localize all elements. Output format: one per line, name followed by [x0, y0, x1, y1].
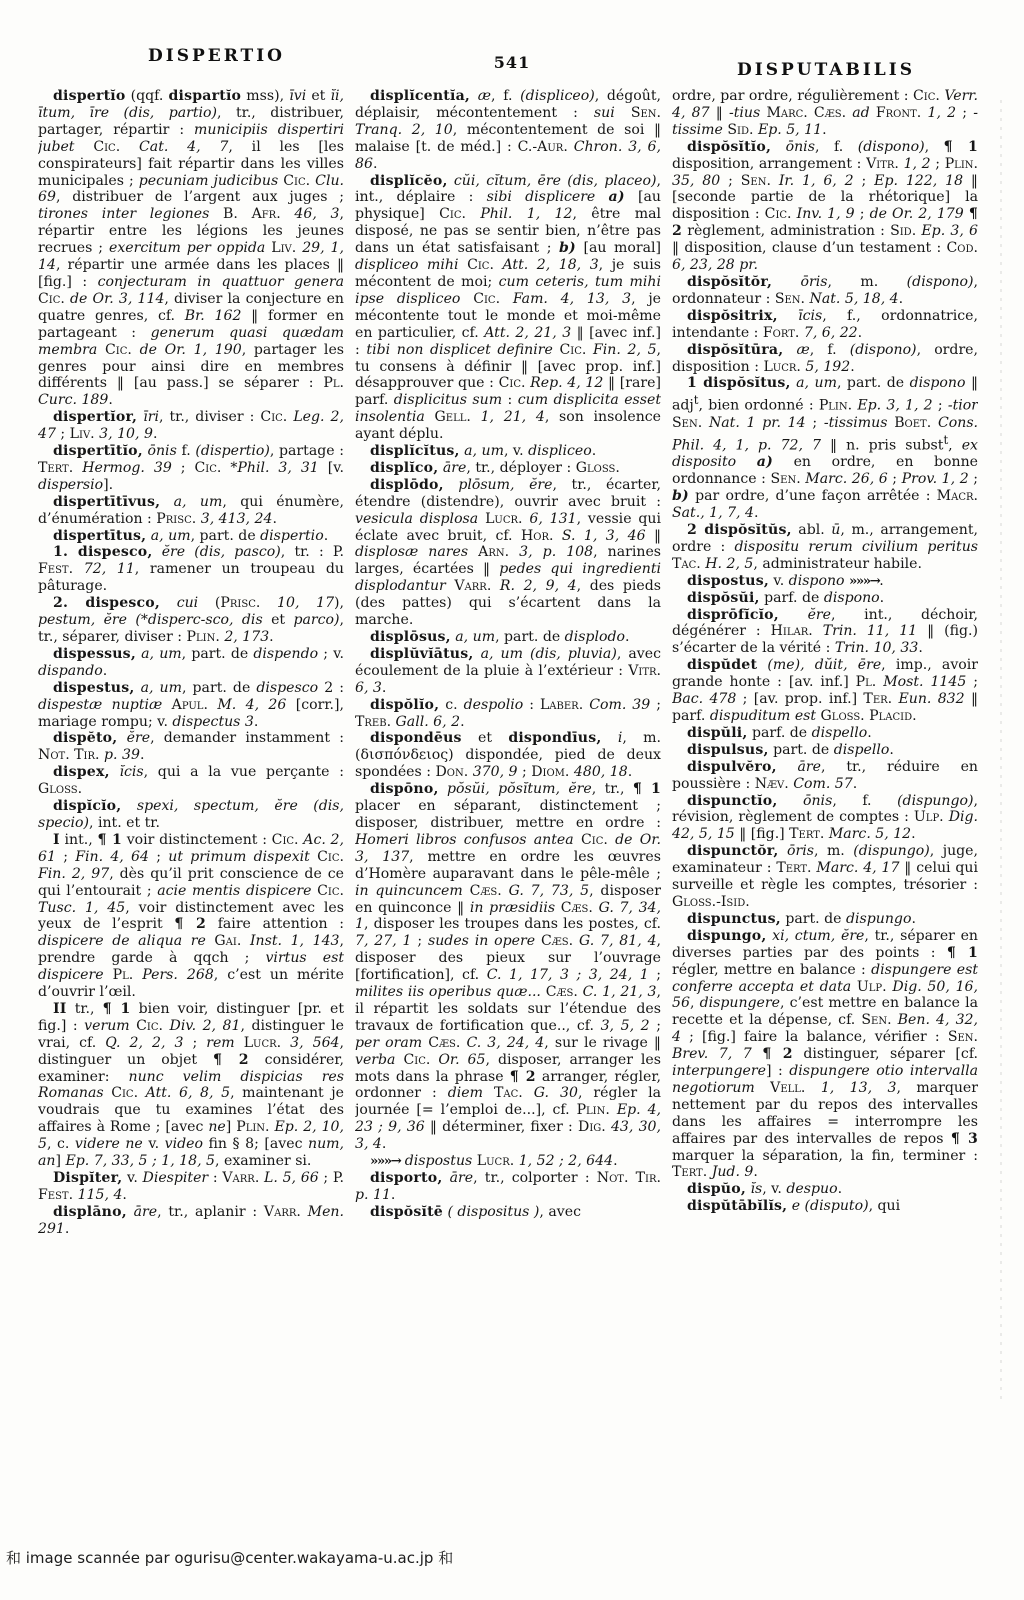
- entry-paragraph: dispŏsĭtē ( dispositus ), avec: [355, 1204, 661, 1221]
- entry-paragraph: dispunctus, part. de dispungo.: [672, 911, 978, 928]
- entry-paragraph: dispōno, pŏsŭi, pŏsĭtum, ĕre, tr., ¶ 1 p…: [355, 781, 661, 1153]
- entry-paragraph: dispertītĭo, ōnis f. (dispertio), partag…: [38, 443, 344, 494]
- entry-paragraph: dispŏsĭtŏr, ōris, m. (dispono), ordonnat…: [672, 274, 978, 308]
- entry-paragraph: II tr., ¶ 1 bien voir, distinguer [pr. e…: [38, 1001, 344, 1170]
- entry-paragraph: »»»→ dispostus Lucr. 1, 52 ; 2, 644.: [355, 1153, 661, 1170]
- entry-paragraph: 2 dispŏsĭtŭs, abl. ū, m., arrangement, o…: [672, 522, 978, 573]
- entry-paragraph: dispertītīvus, a, um, qui énumère, d’énu…: [38, 494, 344, 528]
- entry-paragraph: dispĕto, ĕre, demander instamment : Not.…: [38, 730, 344, 764]
- running-head-right: DISPUTABILIS: [737, 60, 915, 80]
- entry-paragraph: 1. dispesco, ĕre (dis, pasco), tr. : P. …: [38, 544, 344, 595]
- entry-paragraph: dispŏsitrix, īcis, f., ordonnatrice, int…: [672, 308, 978, 342]
- entry-paragraph: displŭvĭātus, a, um (dis, pluvia), avec …: [355, 646, 661, 697]
- entry-paragraph: dispulsus, part. de dispello.: [672, 742, 978, 759]
- entry-paragraph: 1 dispŏsĭtus, a, um, part. de dispono ‖ …: [672, 375, 978, 522]
- entry-paragraph: displĭco, āre, tr., déployer : Gloss.: [355, 460, 661, 477]
- dictionary-page: DISPERTIO 541 DISPUTABILIS dispertĭo (qq…: [0, 0, 1024, 1600]
- column-left: dispertĭo (qqf. dispartĭo mss), īvi et ĭ…: [38, 88, 344, 1530]
- entry-paragraph: dispessus, a, um, part. de dispendo ; v.…: [38, 646, 344, 680]
- entry-paragraph: dispostus, v. dispono »»»→.: [672, 573, 978, 590]
- entry-paragraph: displōdo, plōsum, ĕre, tr., écarter, éte…: [355, 477, 661, 629]
- entry-paragraph: displāno, āre, tr., aplanir : Varr. Men.…: [38, 1204, 344, 1238]
- entry-paragraph: dispertĭor, īri, tr., diviser : Cic. Leg…: [38, 409, 344, 443]
- entry-paragraph: dispŭo, ĭs, v. despuo.: [672, 1181, 978, 1198]
- entry-paragraph: dispunctĭo, ōnis, f. (dispungo), révisio…: [672, 793, 978, 844]
- text-columns: dispertĭo (qqf. dispartĭo mss), īvi et ĭ…: [38, 88, 978, 1530]
- entry-paragraph: dispertītus, a, um, part. de dispertio.: [38, 528, 344, 545]
- entry-paragraph: dispertĭo (qqf. dispartĭo mss), īvi et ĭ…: [38, 88, 344, 409]
- entry-paragraph: dispestus, a, um, part. de dispesco 2 : …: [38, 680, 344, 731]
- scan-edge-artifact: [1000, 100, 1002, 1400]
- entry-paragraph: dispex, ĭcis, qui a la vue perçante : Gl…: [38, 764, 344, 798]
- entry-paragraph: dispŭli, parf. de dispello.: [672, 725, 978, 742]
- entry-paragraph: disporto, āre, tr., colporter : Not. Tir…: [355, 1170, 661, 1204]
- entry-paragraph: displĭcĭtus, a, um, v. displiceo.: [355, 443, 661, 460]
- entry-paragraph: dispŏsĭtĭo, ōnis, f. (dispono), ¶ 1 disp…: [672, 139, 978, 274]
- entry-paragraph: displĭcĕo, cŭi, cĭtum, ēre (dis, placeo)…: [355, 173, 661, 444]
- entry-paragraph: dispulvĕro, āre, tr., réduire en poussiè…: [672, 759, 978, 793]
- entry-paragraph: dispŭtābĭlĭs, e (disputo), qui: [672, 1198, 978, 1215]
- entry-paragraph: dispŏsĭtūra, æ, f. (dispono), ordre, dis…: [672, 342, 978, 376]
- entry-paragraph: disprōfĭcĭo, ĕre, int., déchoir, dégénér…: [672, 607, 978, 658]
- scan-watermark: 和 image scannée par ogurisu@center.wakay…: [6, 1547, 453, 1568]
- column-right: ordre, par ordre, régulièrement : Cic. V…: [672, 88, 978, 1530]
- entry-paragraph: dispĭcĭo, spexi, spectum, ĕre (dis, spec…: [38, 798, 344, 832]
- watermark-text: 和 image scannée par ogurisu@center.wakay…: [6, 1549, 453, 1567]
- entry-paragraph: I int., ¶ 1 voir distinctement : Cic. Ac…: [38, 832, 344, 1001]
- entry-paragraph: dispŏlĭo, c. despolio : Laber. Com. 39 ;…: [355, 697, 661, 731]
- entry-paragraph: dispŭdet (me), dŭit, ēre, imp., avoir gr…: [672, 657, 978, 725]
- entry-paragraph: 2. dispesco, cui (Prisc. 10, 17), pestum…: [38, 595, 344, 646]
- entry-paragraph: displōsus, a, um, part. de displodo.: [355, 629, 661, 646]
- remark-arrow-icon: »»»→: [849, 573, 879, 589]
- entry-paragraph: dispondēus et dispondīus, i, m. (δισπόνδ…: [355, 730, 661, 781]
- entry-paragraph: Dispĭter, v. Diespiter : Varr. L. 5, 66 …: [38, 1170, 344, 1204]
- entry-paragraph: dispungo, xi, ctum, ĕre, tr., séparer en…: [672, 928, 978, 1182]
- remark-arrow-icon: »»»→: [370, 1153, 400, 1169]
- entry-paragraph: dispŏsŭi, parf. de dispono.: [672, 590, 978, 607]
- entry-paragraph: ordre, par ordre, régulièrement : Cic. V…: [672, 88, 978, 139]
- entry-paragraph: displĭcentĭa, æ, f. (displiceo), dégoût,…: [355, 88, 661, 173]
- column-middle: displĭcentĭa, æ, f. (displiceo), dégoût,…: [355, 88, 661, 1530]
- entry-paragraph: dispunctŏr, ōris, m. (dispungo), juge, e…: [672, 843, 978, 911]
